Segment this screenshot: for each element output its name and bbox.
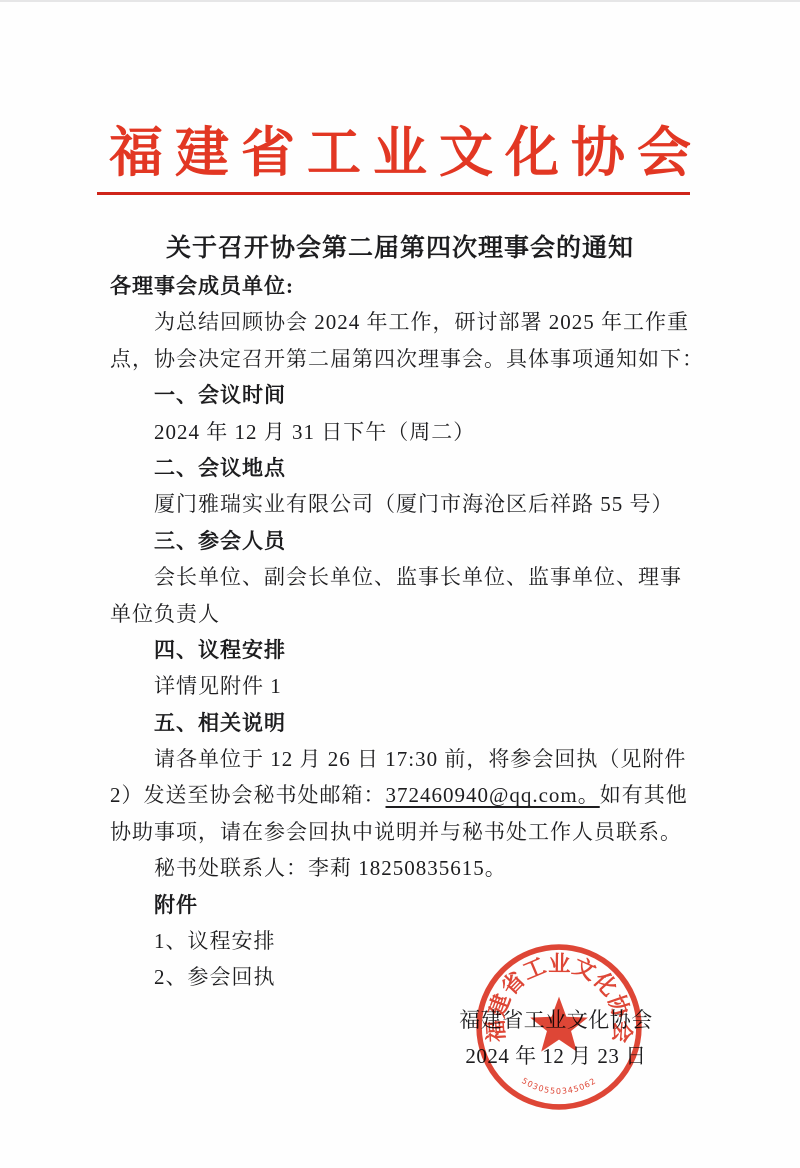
letterhead-org-name: 福建省工业文化协会 bbox=[0, 110, 800, 187]
section-5-heading: 五、相关说明 bbox=[110, 705, 694, 741]
svg-text:5030550345062: 5030550345062 bbox=[520, 1075, 598, 1095]
attachments-heading: 附件 bbox=[110, 887, 694, 923]
email-line-prefix: 2）发送至协会秘书处邮箱： bbox=[110, 783, 386, 807]
contact-line: 秘书处联系人：李莉 18250835615。 bbox=[110, 850, 694, 886]
notes-line: 协助事项，请在参会回执中说明并与秘书处工作人员联系。 bbox=[110, 814, 694, 850]
section-3-heading: 三、参会人员 bbox=[110, 523, 694, 559]
meeting-time-line: 2024 年 12 月 31 日下午（周二） bbox=[110, 414, 694, 450]
letterhead-rule bbox=[97, 192, 690, 195]
section-1-heading: 一、会议时间 bbox=[110, 377, 694, 413]
salutation-line: 各理事会成员单位: bbox=[110, 268, 694, 304]
secretariat-email-link[interactable]: 372460940@qq.com。 bbox=[386, 783, 600, 807]
section-4-heading: 四、议程安排 bbox=[110, 632, 694, 668]
notice-body: 各理事会成员单位: 为总结回顾协会 2024 年工作，研讨部署 2025 年工作… bbox=[110, 268, 694, 996]
seal-code: 5030550345062 bbox=[520, 1075, 598, 1095]
attendees-line: 会长单位、副会长单位、监事长单位、监事单位、理事 bbox=[110, 559, 694, 595]
intro-line: 点，协会决定召开第二届第四次理事会。具体事项通知如下： bbox=[110, 341, 694, 377]
attendees-line: 单位负责人 bbox=[110, 596, 694, 632]
notes-line: 请各单位于 12 月 26 日 17:30 前，将参会回执（见附件 bbox=[110, 741, 694, 777]
seal-star-icon bbox=[530, 997, 588, 1052]
official-seal: 福建省工业文化协会 5030550345062 bbox=[473, 941, 645, 1113]
meeting-place-line: 厦门雅瑞实业有限公司（厦门市海沧区后祥路 55 号） bbox=[110, 486, 694, 522]
section-2-heading: 二、会议地点 bbox=[110, 450, 694, 486]
scanned-notice-document: 福建省工业文化协会 关于召开协会第二届第四次理事会的通知 各理事会成员单位: 为… bbox=[0, 0, 800, 1168]
intro-line: 为总结回顾协会 2024 年工作，研讨部署 2025 年工作重 bbox=[110, 304, 694, 340]
email-line: 2）发送至协会秘书处邮箱：372460940@qq.com。如有其他 bbox=[110, 777, 694, 813]
agenda-ref-line: 详情见附件 1 bbox=[110, 668, 694, 704]
email-line-suffix: 如有其他 bbox=[600, 783, 688, 807]
notice-title: 关于召开协会第二届第四次理事会的通知 bbox=[0, 228, 800, 264]
